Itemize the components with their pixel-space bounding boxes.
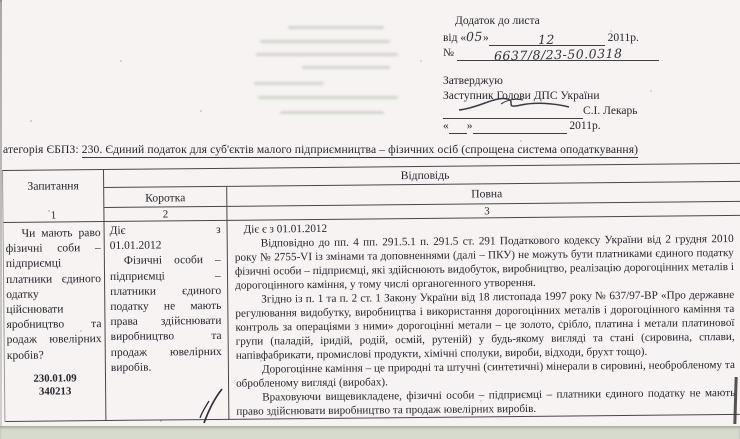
full-answer-paragraph-law-metals: Згідно із п. 1 та п. 2 ст. 1 Закону Укра… bbox=[235, 288, 735, 363]
date-year: 2011р. bbox=[608, 32, 639, 44]
category-text: 230. Єдиний податок для суб'єктів малого… bbox=[82, 143, 638, 158]
approve-date-line: «» 2011р. bbox=[443, 119, 735, 134]
doc-number-label: № bbox=[443, 47, 454, 59]
scan-noise-speckles bbox=[0, 0, 2, 2]
handwritten-day: 05 bbox=[466, 29, 483, 44]
qa-table: Запитання Відповідь Коротка Повна 1 2 3 … bbox=[2, 163, 740, 422]
approve-day-blank bbox=[449, 120, 467, 134]
bleed-through-ghost-text bbox=[250, 22, 402, 132]
scanned-document-page: Додаток до листа від «05»12 2011р. № 663… bbox=[0, 0, 740, 439]
signature-scribble-icon bbox=[457, 90, 577, 116]
doc-number-line: № 6637/8/23-50.0318 bbox=[443, 46, 735, 61]
question-text: Чи мають раво фізичні соби – підприємці … bbox=[6, 226, 102, 362]
column-header-question: Запитання bbox=[3, 170, 104, 209]
handwritten-month: 12 bbox=[538, 32, 555, 47]
approve-label: Затверджую bbox=[443, 74, 735, 89]
doc-number-blank: 6637/8/23-50.0318 bbox=[457, 47, 659, 61]
short-answer-effective-word: Діє bbox=[110, 224, 126, 239]
question-code-1: 230.01.09 bbox=[5, 372, 105, 386]
date-month-blank: 12 bbox=[489, 32, 605, 46]
short-answer-effective-prep: з bbox=[216, 223, 221, 238]
date-prefix: від « bbox=[443, 32, 466, 44]
short-answer-body: Фізичні особи – підприємці – платники єд… bbox=[110, 253, 222, 376]
short-answer-effective-line: Діє з bbox=[110, 223, 221, 239]
approve-month-blank bbox=[473, 120, 567, 134]
approve-year: 2011р. bbox=[569, 120, 600, 132]
approver-name: С.І. Лекарь bbox=[583, 105, 637, 117]
full-answer-paragraph-tax-code: Відповідно до пп. 4 пп. 291.5.1 п. 291.5… bbox=[235, 232, 735, 293]
question-codes: 230.01.09 340213 bbox=[5, 372, 105, 399]
column-header-short: Коротка bbox=[104, 187, 227, 208]
full-answer-cell: Діє є з 01.01.2012 Відповідно до пп. 4 п… bbox=[227, 216, 740, 420]
handwritten-doc-number: 6637/8/23-50.0318 bbox=[493, 46, 622, 64]
signature-line: С.І. Лекарь bbox=[443, 104, 735, 119]
full-answer-paragraph-conclusion: Враховуючи вищевикладене, фізичні особи … bbox=[236, 386, 735, 419]
column-number-1: 1 bbox=[3, 208, 104, 223]
annex-date-line: від «05»12 2011р. bbox=[443, 29, 735, 46]
question-code-2: 340213 bbox=[5, 385, 105, 399]
right-edge-ink-mark bbox=[733, 377, 737, 424]
question-cell: Чи мають раво фізичні соби – підприємці … bbox=[4, 222, 107, 422]
scanner-bed-band bbox=[0, 426, 740, 439]
category-line: атегорія ЄБПЗ: 230. Єдиний податок для с… bbox=[3, 143, 638, 156]
category-prefix: атегорія ЄБПЗ: bbox=[3, 143, 82, 156]
annex-title: Додаток до листа bbox=[443, 14, 735, 29]
pen-check-mark bbox=[197, 387, 227, 425]
letter-annex-header: Додаток до листа від «05»12 2011р. № 663… bbox=[443, 14, 735, 134]
short-answer-effective-date: 01.01.2012 bbox=[110, 238, 221, 254]
column-number-2: 2 bbox=[104, 207, 227, 222]
